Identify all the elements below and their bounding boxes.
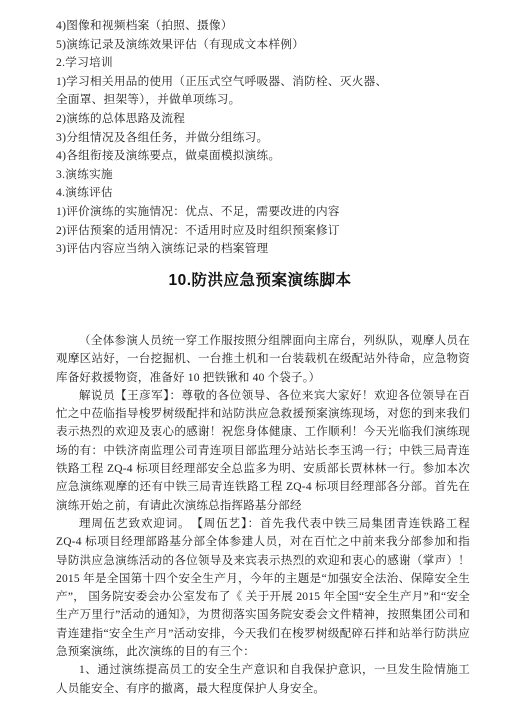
- outline-line: 全面罩、担架等），并做单项练习。: [56, 91, 472, 110]
- outline-line: 1)评价演练的实施情况：优点、不足，需要改进的内容: [56, 203, 472, 222]
- paragraph: 解说员【王彦军】：尊敬的各位领导、各位来宾大家好！欢迎各位领导在百忙之中莅临指导…: [56, 387, 470, 515]
- outline-line: 2)评估预案的适用情况：不适用时应及时组织预案修订: [56, 222, 472, 241]
- outline-line: 4)各组衔接及演练要点，做桌面模拟演练。: [56, 147, 472, 166]
- paragraph: 1、通过演练提高员工的安全生产意识和自我保护意识，一旦发生险情施工人员能安全、有…: [56, 661, 470, 698]
- outline-line: 3)评估内容应当纳入演练记录的档案管理: [56, 240, 472, 259]
- outline-line: 1)学习相关用品的使用（正压式空气呼吸器、消防栓、灭火器、: [56, 73, 472, 92]
- outline-line: 3)分组情况及各组任务，并做分组练习。: [56, 129, 472, 148]
- outline-line: 3.演练实施: [56, 166, 472, 185]
- outline-line: 5)演练记录及演练效果评估（有现成文本样例）: [56, 36, 472, 55]
- outline-line: 2)演练的总体思路及流程: [56, 110, 472, 129]
- outline-line: 4)图像和视频档案（拍照、摄像）: [56, 17, 472, 36]
- outline-line: 4.演练评估: [56, 184, 472, 203]
- paragraph: （全体参演人员统一穿工作服按照分组牌面向主席台，列纵队，观摩人员在观摩区站好，一…: [56, 332, 470, 387]
- outline-line: 2.学习培训: [56, 54, 472, 73]
- body-paragraphs: （全体参演人员统一穿工作服按照分组牌面向主席台，列纵队，观摩人员在观摩区站好，一…: [56, 332, 470, 698]
- document-page: 4)图像和视频档案（拍照、摄像）5)演练记录及演练效果评估（有现成文本样例）2.…: [0, 0, 520, 728]
- paragraph: 理周伍艺致欢迎词。 【周伍艺】：首先我代表中铁三局集团青连铁路工程 ZQ-4 标…: [56, 515, 470, 661]
- section-heading: 10.防洪应急预案演练脚本: [0, 269, 520, 292]
- outline-list: 4)图像和视频档案（拍照、摄像）5)演练记录及演练效果评估（有现成文本样例）2.…: [56, 17, 472, 259]
